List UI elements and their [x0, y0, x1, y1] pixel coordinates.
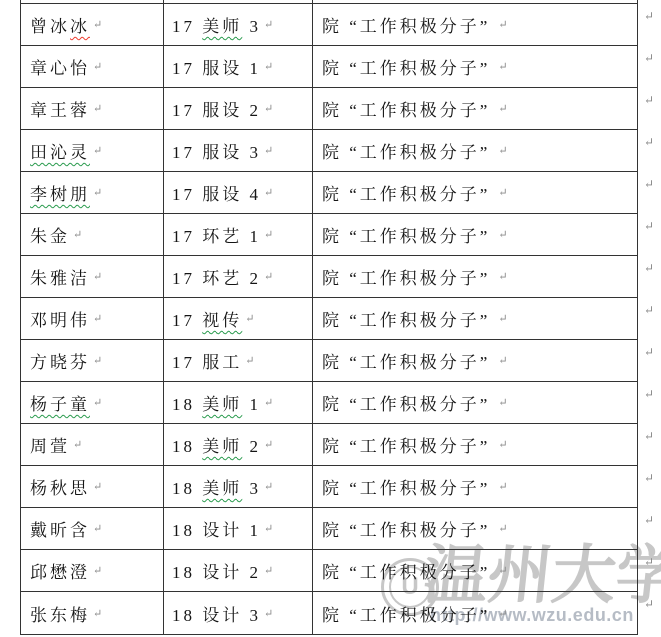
class-name: 17 服设 3 — [172, 138, 261, 163]
row-end-mark-icon: ↵ — [644, 513, 654, 528]
award-title: 院 “工作积极分子” — [322, 516, 490, 541]
grammar-wavy: 视传 — [202, 311, 242, 330]
award-cell[interactable]: 院 “工作积极分子”↵ — [313, 382, 637, 423]
award-cell[interactable]: 院 “工作积极分子”↵ — [313, 46, 637, 87]
student-name: 戴昕含 — [30, 516, 90, 541]
paragraph-mark-icon: ↵ — [245, 312, 254, 325]
row-end-mark-icon: ↵ — [644, 345, 654, 360]
class-cell[interactable]: 18 美师 1↵ — [164, 382, 313, 423]
table-row: 张东梅↵ 18 设计 3↵ 院 “工作积极分子”↵ ↵ — [21, 592, 637, 634]
class-cell[interactable]: 18 美师 3↵ — [164, 466, 313, 507]
row-end-mark-icon: ↵ — [644, 9, 654, 24]
class-name: 17 服工 — [172, 348, 242, 373]
paragraph-mark-icon: ↵ — [264, 270, 273, 283]
grammar-wavy: 美师 — [202, 395, 242, 414]
award-title: 院 “工作积极分子” — [322, 12, 490, 37]
row-end-mark-icon: ↵ — [644, 555, 654, 570]
class-cell[interactable]: 17 服设 4↵ — [164, 172, 313, 213]
award-title: 院 “工作积极分子” — [322, 474, 490, 499]
paragraph-mark-icon: ↵ — [498, 144, 507, 157]
award-title: 院 “工作积极分子” — [322, 264, 490, 289]
table-row: 田沁灵↵ 17 服设 3↵ 院 “工作积极分子”↵ ↵ — [21, 130, 637, 172]
class-name: 17 环艺 2 — [172, 264, 261, 289]
student-name: 邱懋澄 — [30, 558, 90, 583]
table-row: 章王蓉↵ 17 服设 2↵ 院 “工作积极分子”↵ ↵ — [21, 88, 637, 130]
class-name: 18 设计 3 — [172, 601, 261, 626]
row-end-mark-icon: ↵ — [644, 51, 654, 66]
document-page: U 温州大学 http://www.wzu.edu.cn 曾冰冰↵ 17 美师 … — [0, 0, 661, 637]
award-title: 院 “工作积极分子” — [322, 180, 490, 205]
student-name: 张东梅 — [30, 601, 90, 626]
name-cell[interactable]: 邓明伟↵ — [21, 298, 164, 339]
student-name: 杨秋思 — [30, 474, 90, 499]
award-title: 院 “工作积极分子” — [322, 96, 490, 121]
name-cell[interactable]: 朱金↵ — [21, 214, 164, 255]
paragraph-mark-icon: ↵ — [498, 522, 507, 535]
student-name: 李树朋 — [30, 180, 90, 205]
table-row: 章心怡↵ 17 服设 1↵ 院 “工作积极分子”↵ ↵ — [21, 46, 637, 88]
paragraph-mark-icon: ↵ — [93, 102, 102, 115]
student-name: 邓明伟 — [30, 306, 90, 331]
paragraph-mark-icon: ↵ — [498, 607, 507, 620]
paragraph-mark-icon: ↵ — [93, 60, 102, 73]
name-cell[interactable]: 方晓芬↵ — [21, 340, 164, 381]
paragraph-mark-icon: ↵ — [498, 102, 507, 115]
award-title: 院 “工作积极分子” — [322, 222, 490, 247]
paragraph-mark-icon: ↵ — [93, 18, 102, 31]
table-row: 李树朋↵ 17 服设 4↵ 院 “工作积极分子”↵ ↵ — [21, 172, 637, 214]
table-row: 杨秋思↵ 18 美师 3↵ 院 “工作积极分子”↵ ↵ — [21, 466, 637, 508]
student-name: 朱雅洁 — [30, 264, 90, 289]
grammar-wavy: 美师 — [202, 17, 242, 36]
paragraph-mark-icon: ↵ — [264, 60, 273, 73]
student-name: 周萱 — [30, 432, 70, 457]
class-cell[interactable]: 17 服设 2↵ — [164, 88, 313, 129]
row-end-mark-icon: ↵ — [644, 135, 654, 150]
name-cell[interactable]: 张东梅↵ — [21, 592, 164, 634]
name-cell[interactable]: 朱雅洁↵ — [21, 256, 164, 297]
class-name: 18 设计 1 — [172, 516, 261, 541]
award-title: 院 “工作积极分子” — [322, 601, 490, 626]
award-cell[interactable]: 院 “工作积极分子”↵ — [313, 340, 637, 381]
table-row: 邓明伟↵ 17 视传↵ 院 “工作积极分子”↵ ↵ — [21, 298, 637, 340]
class-name: 18 美师 1 — [172, 390, 261, 415]
paragraph-mark-icon: ↵ — [498, 60, 507, 73]
award-cell[interactable]: 院 “工作积极分子”↵ — [313, 298, 637, 339]
paragraph-mark-icon: ↵ — [264, 102, 273, 115]
student-name: 方晓芬 — [30, 348, 90, 373]
paragraph-mark-icon: ↵ — [498, 186, 507, 199]
class-cell[interactable]: 18 设计 1↵ — [164, 508, 313, 549]
paragraph-mark-icon: ↵ — [498, 270, 507, 283]
name-cell[interactable]: 李树朋↵ — [21, 172, 164, 213]
row-end-mark-icon: ↵ — [644, 219, 654, 234]
award-cell[interactable]: 院 “工作积极分子”↵ — [313, 214, 637, 255]
name-cell[interactable]: 杨子童↵ — [21, 382, 164, 423]
award-title: 院 “工作积极分子” — [322, 390, 490, 415]
class-cell[interactable]: 18 设计 3↵ — [164, 592, 313, 634]
award-title: 院 “工作积极分子” — [322, 432, 490, 457]
row-end-mark-icon: ↵ — [644, 93, 654, 108]
award-cell[interactable]: 院 “工作积极分子”↵ — [313, 4, 637, 45]
award-cell[interactable]: 院 “工作积极分子”↵ — [313, 550, 637, 591]
paragraph-mark-icon: ↵ — [498, 228, 507, 241]
paragraph-mark-icon: ↵ — [93, 480, 102, 493]
name-cell[interactable]: 邱懋澄↵ — [21, 550, 164, 591]
paragraph-mark-icon: ↵ — [93, 522, 102, 535]
class-name: 17 服设 1 — [172, 54, 261, 79]
paragraph-mark-icon: ↵ — [264, 607, 273, 620]
paragraph-mark-icon: ↵ — [498, 480, 507, 493]
table-row: 杨子童↵ 18 美师 1↵ 院 “工作积极分子”↵ ↵ — [21, 382, 637, 424]
row-end-mark-icon: ↵ — [644, 471, 654, 486]
table-row: 戴昕含↵ 18 设计 1↵ 院 “工作积极分子”↵ ↵ — [21, 508, 637, 550]
paragraph-mark-icon: ↵ — [93, 564, 102, 577]
class-name: 17 服设 4 — [172, 180, 261, 205]
row-end-mark-icon: ↵ — [644, 177, 654, 192]
student-name: 田沁灵 — [30, 138, 90, 163]
table-row: 邱懋澄↵ 18 设计 2↵ 院 “工作积极分子”↵ ↵ — [21, 550, 637, 592]
paragraph-mark-icon: ↵ — [264, 144, 273, 157]
class-cell[interactable]: 17 服工↵ — [164, 340, 313, 381]
paragraph-mark-icon: ↵ — [498, 564, 507, 577]
student-name: 朱金 — [30, 222, 70, 247]
class-name: 17 美师 3 — [172, 12, 261, 37]
student-name: 章王蓉 — [30, 96, 90, 121]
award-cell[interactable]: 院 “工作积极分子”↵ — [313, 256, 637, 297]
paragraph-mark-icon: ↵ — [264, 522, 273, 535]
class-name: 17 服设 2 — [172, 96, 261, 121]
paragraph-mark-icon: ↵ — [93, 354, 102, 367]
name-cell[interactable]: 周萱↵ — [21, 424, 164, 465]
paragraph-mark-icon: ↵ — [498, 354, 507, 367]
grammar-wavy: 李树朋 — [30, 185, 90, 204]
award-cell[interactable]: 院 “工作积极分子”↵ — [313, 88, 637, 129]
paragraph-mark-icon: ↵ — [498, 18, 507, 31]
paragraph-mark-icon: ↵ — [264, 396, 273, 409]
name-cell[interactable]: 章王蓉↵ — [21, 88, 164, 129]
paragraph-mark-icon: ↵ — [93, 312, 102, 325]
award-cell[interactable]: 院 “工作积极分子”↵ — [313, 508, 637, 549]
award-title: 院 “工作积极分子” — [322, 138, 490, 163]
paragraph-mark-icon: ↵ — [264, 228, 273, 241]
award-cell[interactable]: 院 “工作积极分子”↵ — [313, 592, 637, 634]
class-cell[interactable]: 17 服设 3↵ — [164, 130, 313, 171]
paragraph-mark-icon: ↵ — [498, 438, 507, 451]
grammar-wavy: 田沁灵 — [30, 143, 90, 162]
paragraph-mark-icon: ↵ — [264, 438, 273, 451]
row-end-mark-icon: ↵ — [644, 303, 654, 318]
name-cell[interactable]: 田沁灵↵ — [21, 130, 164, 171]
name-cell[interactable]: 曾冰冰↵ — [21, 4, 164, 45]
paragraph-mark-icon: ↵ — [93, 607, 102, 620]
award-cell[interactable]: 院 “工作积极分子”↵ — [313, 424, 637, 465]
class-cell[interactable]: 18 设计 2↵ — [164, 550, 313, 591]
class-cell[interactable]: 17 美师 3↵ — [164, 4, 313, 45]
paragraph-mark-icon: ↵ — [93, 186, 102, 199]
spellcheck-wavy: 冰 — [70, 17, 90, 36]
row-end-mark-icon: ↵ — [644, 261, 654, 276]
name-cell[interactable]: 章心怡↵ — [21, 46, 164, 87]
name-cell[interactable]: 戴昕含↵ — [21, 508, 164, 549]
paragraph-mark-icon: ↵ — [245, 354, 254, 367]
student-name: 杨子童 — [30, 390, 90, 415]
row-end-mark-icon: ↵ — [644, 387, 654, 402]
class-cell[interactable]: 17 服设 1↵ — [164, 46, 313, 87]
award-title: 院 “工作积极分子” — [322, 558, 490, 583]
grammar-wavy: 美师 — [202, 479, 242, 498]
table-row: 方晓芬↵ 17 服工↵ 院 “工作积极分子”↵ ↵ — [21, 340, 637, 382]
award-cell[interactable]: 院 “工作积极分子”↵ — [313, 172, 637, 213]
class-name: 18 设计 2 — [172, 558, 261, 583]
award-title: 院 “工作积极分子” — [322, 54, 490, 79]
grammar-wavy: 美师 — [202, 437, 242, 456]
class-name: 17 视传 — [172, 306, 242, 331]
paragraph-mark-icon: ↵ — [93, 270, 102, 283]
class-name: 17 环艺 1 — [172, 222, 261, 247]
paragraph-mark-icon: ↵ — [264, 564, 273, 577]
class-cell[interactable]: 17 环艺 2↵ — [164, 256, 313, 297]
award-table: 曾冰冰↵ 17 美师 3↵ 院 “工作积极分子”↵ ↵ 章心怡↵ 17 服设 1… — [20, 3, 638, 635]
row-end-mark-icon: ↵ — [644, 429, 654, 444]
row-end-mark-icon: ↵ — [644, 597, 654, 612]
table-row: 朱金↵ 17 环艺 1↵ 院 “工作积极分子”↵ ↵ — [21, 214, 637, 256]
grammar-wavy: 杨子童 — [30, 395, 90, 414]
class-cell[interactable]: 18 美师 2↵ — [164, 424, 313, 465]
class-cell[interactable]: 17 环艺 1↵ — [164, 214, 313, 255]
paragraph-mark-icon: ↵ — [73, 438, 82, 451]
class-cell[interactable]: 17 视传↵ — [164, 298, 313, 339]
paragraph-mark-icon: ↵ — [498, 312, 507, 325]
table-row: 曾冰冰↵ 17 美师 3↵ 院 “工作积极分子”↵ ↵ — [21, 4, 637, 46]
paragraph-mark-icon: ↵ — [264, 18, 273, 31]
paragraph-mark-icon: ↵ — [498, 396, 507, 409]
table-row: 朱雅洁↵ 17 环艺 2↵ 院 “工作积极分子”↵ ↵ — [21, 256, 637, 298]
award-title: 院 “工作积极分子” — [322, 348, 490, 373]
paragraph-mark-icon: ↵ — [93, 144, 102, 157]
paragraph-mark-icon: ↵ — [73, 228, 82, 241]
award-cell[interactable]: 院 “工作积极分子”↵ — [313, 466, 637, 507]
award-cell[interactable]: 院 “工作积极分子”↵ — [313, 130, 637, 171]
class-name: 18 美师 2 — [172, 432, 261, 457]
paragraph-mark-icon: ↵ — [93, 396, 102, 409]
student-name: 章心怡 — [30, 54, 90, 79]
class-name: 18 美师 3 — [172, 474, 261, 499]
paragraph-mark-icon: ↵ — [264, 186, 273, 199]
award-title: 院 “工作积极分子” — [322, 306, 490, 331]
table-row: 周萱↵ 18 美师 2↵ 院 “工作积极分子”↵ ↵ — [21, 424, 637, 466]
paragraph-mark-icon: ↵ — [264, 480, 273, 493]
name-cell[interactable]: 杨秋思↵ — [21, 466, 164, 507]
student-name: 曾冰冰 — [30, 12, 90, 37]
